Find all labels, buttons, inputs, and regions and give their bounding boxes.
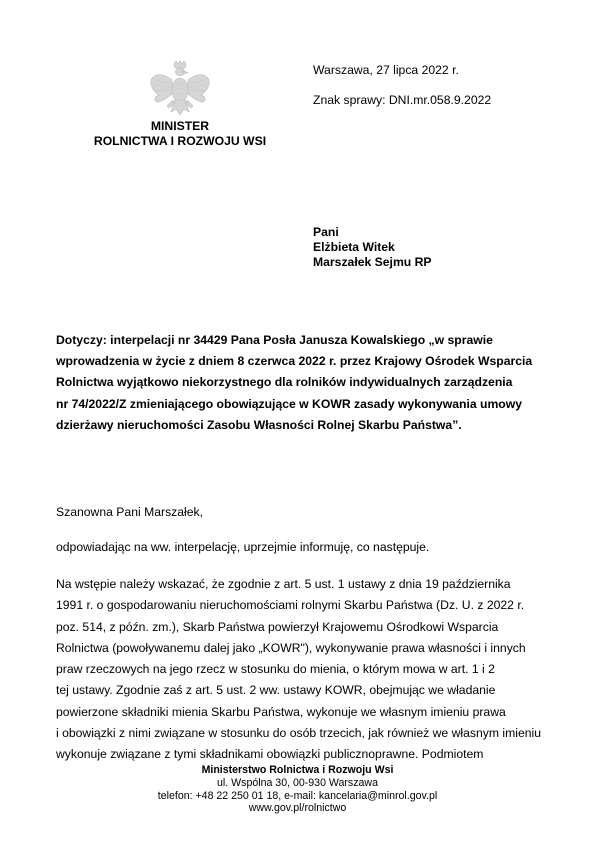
body-line: poz. 514, z późn. zm.), Skarb Państwa po… — [56, 617, 556, 638]
subject-line: nr 74/2022/Z zmieniającego obowiązujące … — [56, 394, 556, 415]
ministry-name: ROLNICTWA I ROZWOJU WSI — [60, 134, 300, 149]
addressee-salutation: Pani — [313, 225, 432, 240]
body-line: Rolnictwa (powoływanemu dalej jako „KOWR… — [56, 638, 556, 659]
polish-eagle-emblem-icon — [145, 60, 215, 122]
subject-block: Dotyczy: interpelacji nr 34429 Pana Posł… — [56, 330, 556, 436]
salutation: Szanowna Pani Marszałek, — [56, 505, 203, 520]
letterhead-footer: Ministerstwo Rolnictwa i Rozwoju Wsi ul.… — [0, 764, 595, 815]
body-line: Na wstępie należy wskazać, że zgodnie z … — [56, 574, 556, 595]
body-line: tej ustawy. Zgodnie zaś z art. 5 ust. 2 … — [56, 680, 556, 701]
letter-date: Warszawa, 27 lipca 2022 r. — [313, 63, 459, 78]
body-paragraph: Na wstępie należy wskazać, że zgodnie z … — [56, 574, 556, 766]
body-line: 1991 r. o gospodarowaniu nieruchomościam… — [56, 595, 556, 616]
minister-title: MINISTER — [60, 119, 300, 134]
body-line: praw rzeczowych na jego rzecz w stosunku… — [56, 659, 556, 680]
minister-heading: MINISTER ROLNICTWA I ROZWOJU WSI — [60, 119, 300, 148]
addressee-title: Marszałek Sejmu RP — [313, 255, 432, 270]
case-reference: Znak sprawy: DNI.mr.058.9.2022 — [313, 93, 491, 108]
subject-line: Dotyczy: interpelacji nr 34429 Pana Posł… — [56, 330, 556, 351]
subject-line: dzierżawy nieruchomości Zasobu Własności… — [56, 415, 556, 436]
subject-line: wprowadzenia w życie z dniem 8 czerwca 2… — [56, 351, 556, 372]
footer-website: www.gov.pl/rolnictwo — [0, 802, 595, 815]
footer-address: ul. Wspólna 30, 00-930 Warszawa — [0, 777, 595, 790]
intro-paragraph: odpowiadając na ww. interpelację, uprzej… — [56, 540, 429, 555]
addressee-name: Elżbieta Witek — [313, 240, 432, 255]
body-line: wykonuje związane z tymi składnikami obo… — [56, 744, 556, 765]
footer-contact: telefon: +48 22 250 01 18, e-mail: kance… — [0, 790, 595, 803]
letter-page: MINISTER ROLNICTWA I ROZWOJU WSI Warszaw… — [0, 0, 595, 841]
footer-ministry-name: Ministerstwo Rolnictwa i Rozwoju Wsi — [0, 764, 595, 777]
subject-line: Rolnictwa wyjątkowo niekorzystnego dla r… — [56, 372, 556, 393]
body-line: powierzone składniki mienia Skarbu Państ… — [56, 702, 556, 723]
body-line: i obowiązki z nimi związane w stosunku d… — [56, 723, 556, 744]
addressee-block: Pani Elżbieta Witek Marszałek Sejmu RP — [313, 225, 432, 269]
